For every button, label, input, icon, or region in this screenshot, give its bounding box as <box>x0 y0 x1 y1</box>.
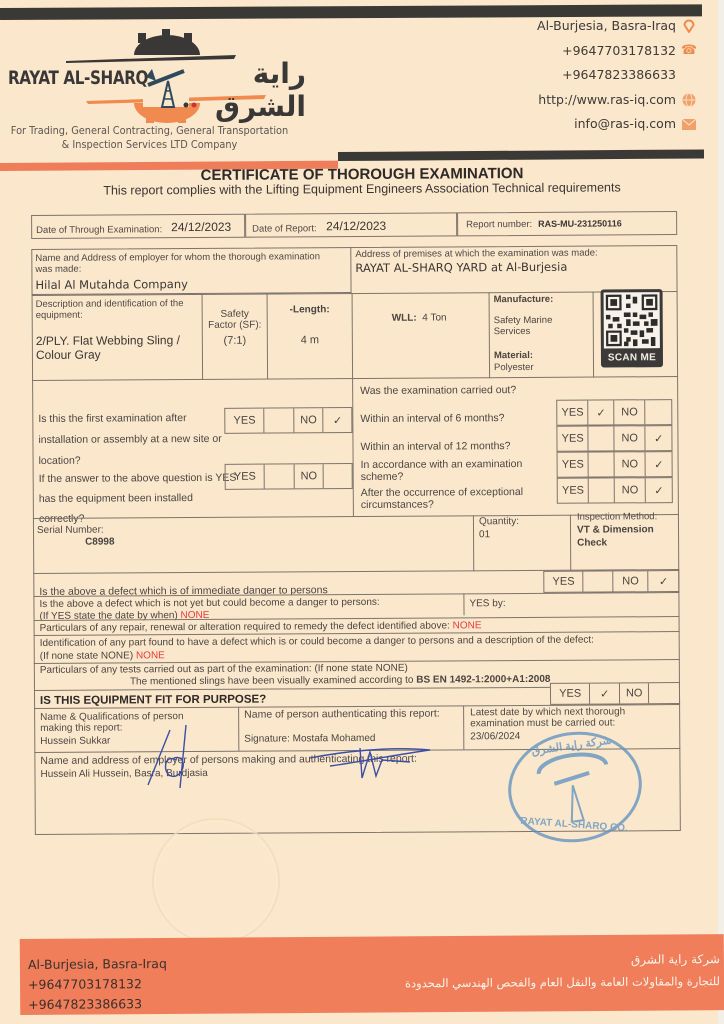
tagline-line-2: & Inspection Services LTD Company <box>10 138 289 152</box>
yes-checkbox-checked[interactable]: ✓ <box>590 683 620 703</box>
company-logo: RAYAT AL-SHARQ راية الشرق <box>6 25 306 125</box>
yes-checkbox[interactable] <box>589 452 615 476</box>
footer-arabic-name: شركة راية الشرق <box>405 948 720 972</box>
certificate-page: RAYAT AL-SHARQ راية الشرق For Trading, G… <box>0 0 718 1024</box>
manufacture-value: Safety Marine Services <box>494 315 574 337</box>
defect-part-value: NONE <box>136 650 165 661</box>
footer-phone-2[interactable]: +9647823386633 <box>28 994 167 1015</box>
maker-value: Hussein Sukkar <box>40 736 110 747</box>
defect-part-answer: (If none state NONE) NONE <box>40 650 165 663</box>
repair-value: NONE <box>453 620 482 631</box>
wll-field: WLL: 4 Ton <box>392 312 447 323</box>
report-number-cell: Report number: RAS-MU-231250116 <box>457 211 677 236</box>
length-label: -Length: <box>272 304 348 315</box>
employer-cell: Name and Address of employer for whom th… <box>31 247 351 295</box>
yes-label: YES <box>544 572 584 592</box>
no-checkbox-checked[interactable]: ✓ <box>646 452 672 476</box>
contact-email[interactable]: info@ras-iq.com <box>537 112 696 137</box>
no-label: NO <box>613 571 649 591</box>
fit-for-purpose-answer: YES ✓ NO <box>550 682 680 705</box>
footer-phone-1[interactable]: +9647703178132 <box>28 974 167 995</box>
examination-form: Date of Through Examination: 24/12/2023 … <box>31 199 677 203</box>
no-checkbox[interactable] <box>646 400 672 424</box>
yes-label: YES <box>557 401 589 425</box>
footer-band: Al-Burjesia, Basra-Iraq +9647703178132 +… <box>20 934 724 1015</box>
tests-value: The mentioned slings have been visually … <box>130 675 414 688</box>
yes-checkbox[interactable] <box>265 464 295 488</box>
exam-scheme-question: In accordance with an examination scheme… <box>361 458 541 483</box>
brand-name-arabic: راية الشرق <box>204 57 306 123</box>
certificate-subtitle: This report complies with the Lifting Eq… <box>0 180 724 198</box>
report-number-label: Report number: <box>466 219 532 230</box>
no-label: NO <box>295 464 325 488</box>
header-divider-dark <box>338 149 704 161</box>
defect-part-note: (If none state NONE) <box>40 650 133 662</box>
yes-checkbox[interactable] <box>584 571 614 591</box>
contact-website[interactable]: http://www.ras-iq.com <box>537 88 696 113</box>
carried-out-label: Was the examination carried out? <box>360 384 516 397</box>
yes-label: YES <box>225 409 265 433</box>
email-link[interactable]: info@ras-iq.com <box>574 112 676 136</box>
exam-date-cell: Date of Through Examination: 24/12/2023 <box>31 214 245 239</box>
quantity-label: Quantity: <box>479 516 519 527</box>
no-label: NO <box>615 452 647 476</box>
exam-scheme-answer: YES NO ✓ <box>557 451 673 478</box>
quantity-value: 01 <box>479 529 490 540</box>
maker-signature <box>140 720 220 790</box>
installed-answer: YES NO <box>225 463 353 490</box>
yes-label: YES <box>558 479 590 503</box>
interval-6-months-question: Within an interval of 6 months? <box>360 412 504 425</box>
exceptional-circumstances-question: After the occurrence of exceptional circ… <box>361 486 541 511</box>
no-label: NO <box>614 426 646 450</box>
immediate-danger-answer: YES NO ✓ <box>543 570 679 593</box>
footer-arabic: شركة راية الشرق للتجارة والمقاولات العام… <box>405 948 720 994</box>
first-exam-question: Is this the first examination after inst… <box>38 408 238 472</box>
yes-checkbox[interactable] <box>589 478 615 502</box>
scan-me-label: SCAN ME <box>604 352 660 363</box>
no-checkbox-checked[interactable]: ✓ <box>649 571 679 591</box>
inspection-method-label: Inspection Method: <box>577 511 657 522</box>
footer-contact: Al-Burjesia, Basra-Iraq +9647703178132 +… <box>28 954 167 1015</box>
employer-value: Hilal Al Mutahda Company <box>35 277 188 292</box>
employer-label: Name and Address of employer for whom th… <box>35 251 335 275</box>
no-checkbox[interactable] <box>649 683 679 703</box>
next-exam-date: 23/06/2024 <box>470 731 520 742</box>
embossed-seal <box>152 818 280 944</box>
company-tagline: For Trading, General Contracting, Genera… <box>10 124 289 152</box>
company-stamp: شركة راية الشرق RAYAT AL-SHARQ CO. <box>501 723 649 851</box>
safety-factor-label: Safety Factor (SF): <box>206 309 264 331</box>
map-pin-icon <box>682 19 696 33</box>
report-date-label: Date of Report: <box>252 223 316 234</box>
interval-6-months-answer: YES ✓ NO <box>556 399 672 426</box>
report-date-value: 24/12/2023 <box>326 219 386 233</box>
first-exam-answer: YES NO ✓ <box>224 407 352 434</box>
footer-arabic-description: للتجارة والمقاولات العامة والنقل العام و… <box>405 970 720 994</box>
no-label: NO <box>615 478 647 502</box>
serial-label: Serial Number: <box>37 525 104 536</box>
globe-icon <box>682 93 696 107</box>
equipment-value: 2/PLY. Flat Webbing Sling / Colour Gray <box>36 333 201 362</box>
interval-12-months-answer: YES NO ✓ <box>556 425 672 452</box>
footer-address: Al-Burjesia, Basra-Iraq <box>28 954 167 975</box>
interval-12-months-question: Within an interval of 12 months? <box>360 440 510 453</box>
exam-date-label: Date of Through Examination: <box>36 224 162 236</box>
future-danger-question: Is the above a defect which is not yet b… <box>39 597 379 611</box>
mail-icon <box>682 117 696 131</box>
yes-checkbox[interactable] <box>589 426 615 450</box>
yes-checkbox[interactable] <box>265 408 295 432</box>
safety-factor-value: (7:1) <box>206 335 264 347</box>
inspection-method-value: VT & Dimension Check <box>577 523 673 550</box>
yes-label: YES <box>557 427 589 451</box>
no-checkbox[interactable] <box>324 464 352 488</box>
address-text: Al-Burjesia, Basra-Iraq <box>537 14 676 38</box>
phone-1-text[interactable]: +9647703178132 <box>562 39 676 63</box>
wll-label: WLL: <box>392 313 417 324</box>
equipment-label: Description and identification of the eq… <box>36 298 196 321</box>
report-number-value: RAS-MU-231250116 <box>538 218 622 229</box>
divider <box>463 593 464 615</box>
qr-code-matrix <box>604 292 660 348</box>
material-label: Material: <box>494 350 533 361</box>
yes-label: YES <box>226 465 266 489</box>
yes-label: YES <box>551 684 591 704</box>
authenticator-label: Name of person authenticating this repor… <box>244 709 440 721</box>
blank-icon-spacer <box>682 68 696 82</box>
material-value: Polyester <box>494 362 534 373</box>
contact-block: Al-Burjesia, Basra-Iraq +9647703178132☎ … <box>537 14 696 137</box>
no-checkbox-checked[interactable]: ✓ <box>324 408 352 432</box>
signature-label: Signature: <box>244 733 290 744</box>
contact-address: Al-Burjesia, Basra-Iraq <box>537 14 696 39</box>
authenticator-signature <box>290 732 440 782</box>
exam-date-value: 24/12/2023 <box>171 220 231 234</box>
future-danger-answer: (If YES state the date by when) NONE <box>39 610 209 623</box>
yes-by-label: YES by: <box>469 598 505 610</box>
qr-code[interactable]: SCAN ME <box>601 289 663 367</box>
contact-phone-2[interactable]: +9647823386633 <box>537 63 696 88</box>
no-label: NO <box>294 408 324 432</box>
phone-2-text[interactable]: +9647823386633 <box>562 63 676 87</box>
manufacture-label: Manufacture: <box>494 294 554 305</box>
serial-value: C8998 <box>85 536 115 547</box>
fit-for-purpose-question: IS THIS EQUIPMENT FIT FOR PURPOSE? <box>40 694 266 707</box>
yes-label: YES <box>558 453 590 477</box>
length-value: 4 m <box>272 334 348 346</box>
exceptional-circumstances-answer: YES NO ✓ <box>557 477 673 504</box>
no-checkbox-checked[interactable]: ✓ <box>646 426 672 450</box>
premises-value: RAYAT AL-SHARQ YARD at Al-Burjesia <box>355 260 567 275</box>
tagline-line-1: For Trading, General Contracting, Genera… <box>10 124 289 138</box>
no-label: NO <box>614 400 646 424</box>
premises-label: Address of premises at which the examina… <box>355 248 597 260</box>
report-date-cell: Date of Report: 24/12/2023 <box>245 212 457 237</box>
contact-phone-1[interactable]: +9647703178132☎ <box>537 39 696 64</box>
yes-checkbox-checked[interactable]: ✓ <box>589 400 615 424</box>
phone-icon: ☎ <box>682 44 696 58</box>
tests-standard: BS EN 1492-1:2000+A1:2008 <box>416 674 550 686</box>
next-exam-label: Latest date by which next thorough exami… <box>470 706 670 729</box>
website-link[interactable]: http://www.ras-iq.com <box>538 88 676 112</box>
no-checkbox-checked[interactable]: ✓ <box>646 478 672 502</box>
no-label: NO <box>620 683 650 703</box>
wll-value: 4 Ton <box>422 312 446 323</box>
brand-name-english: RAYAT AL-SHARQ <box>8 67 148 89</box>
